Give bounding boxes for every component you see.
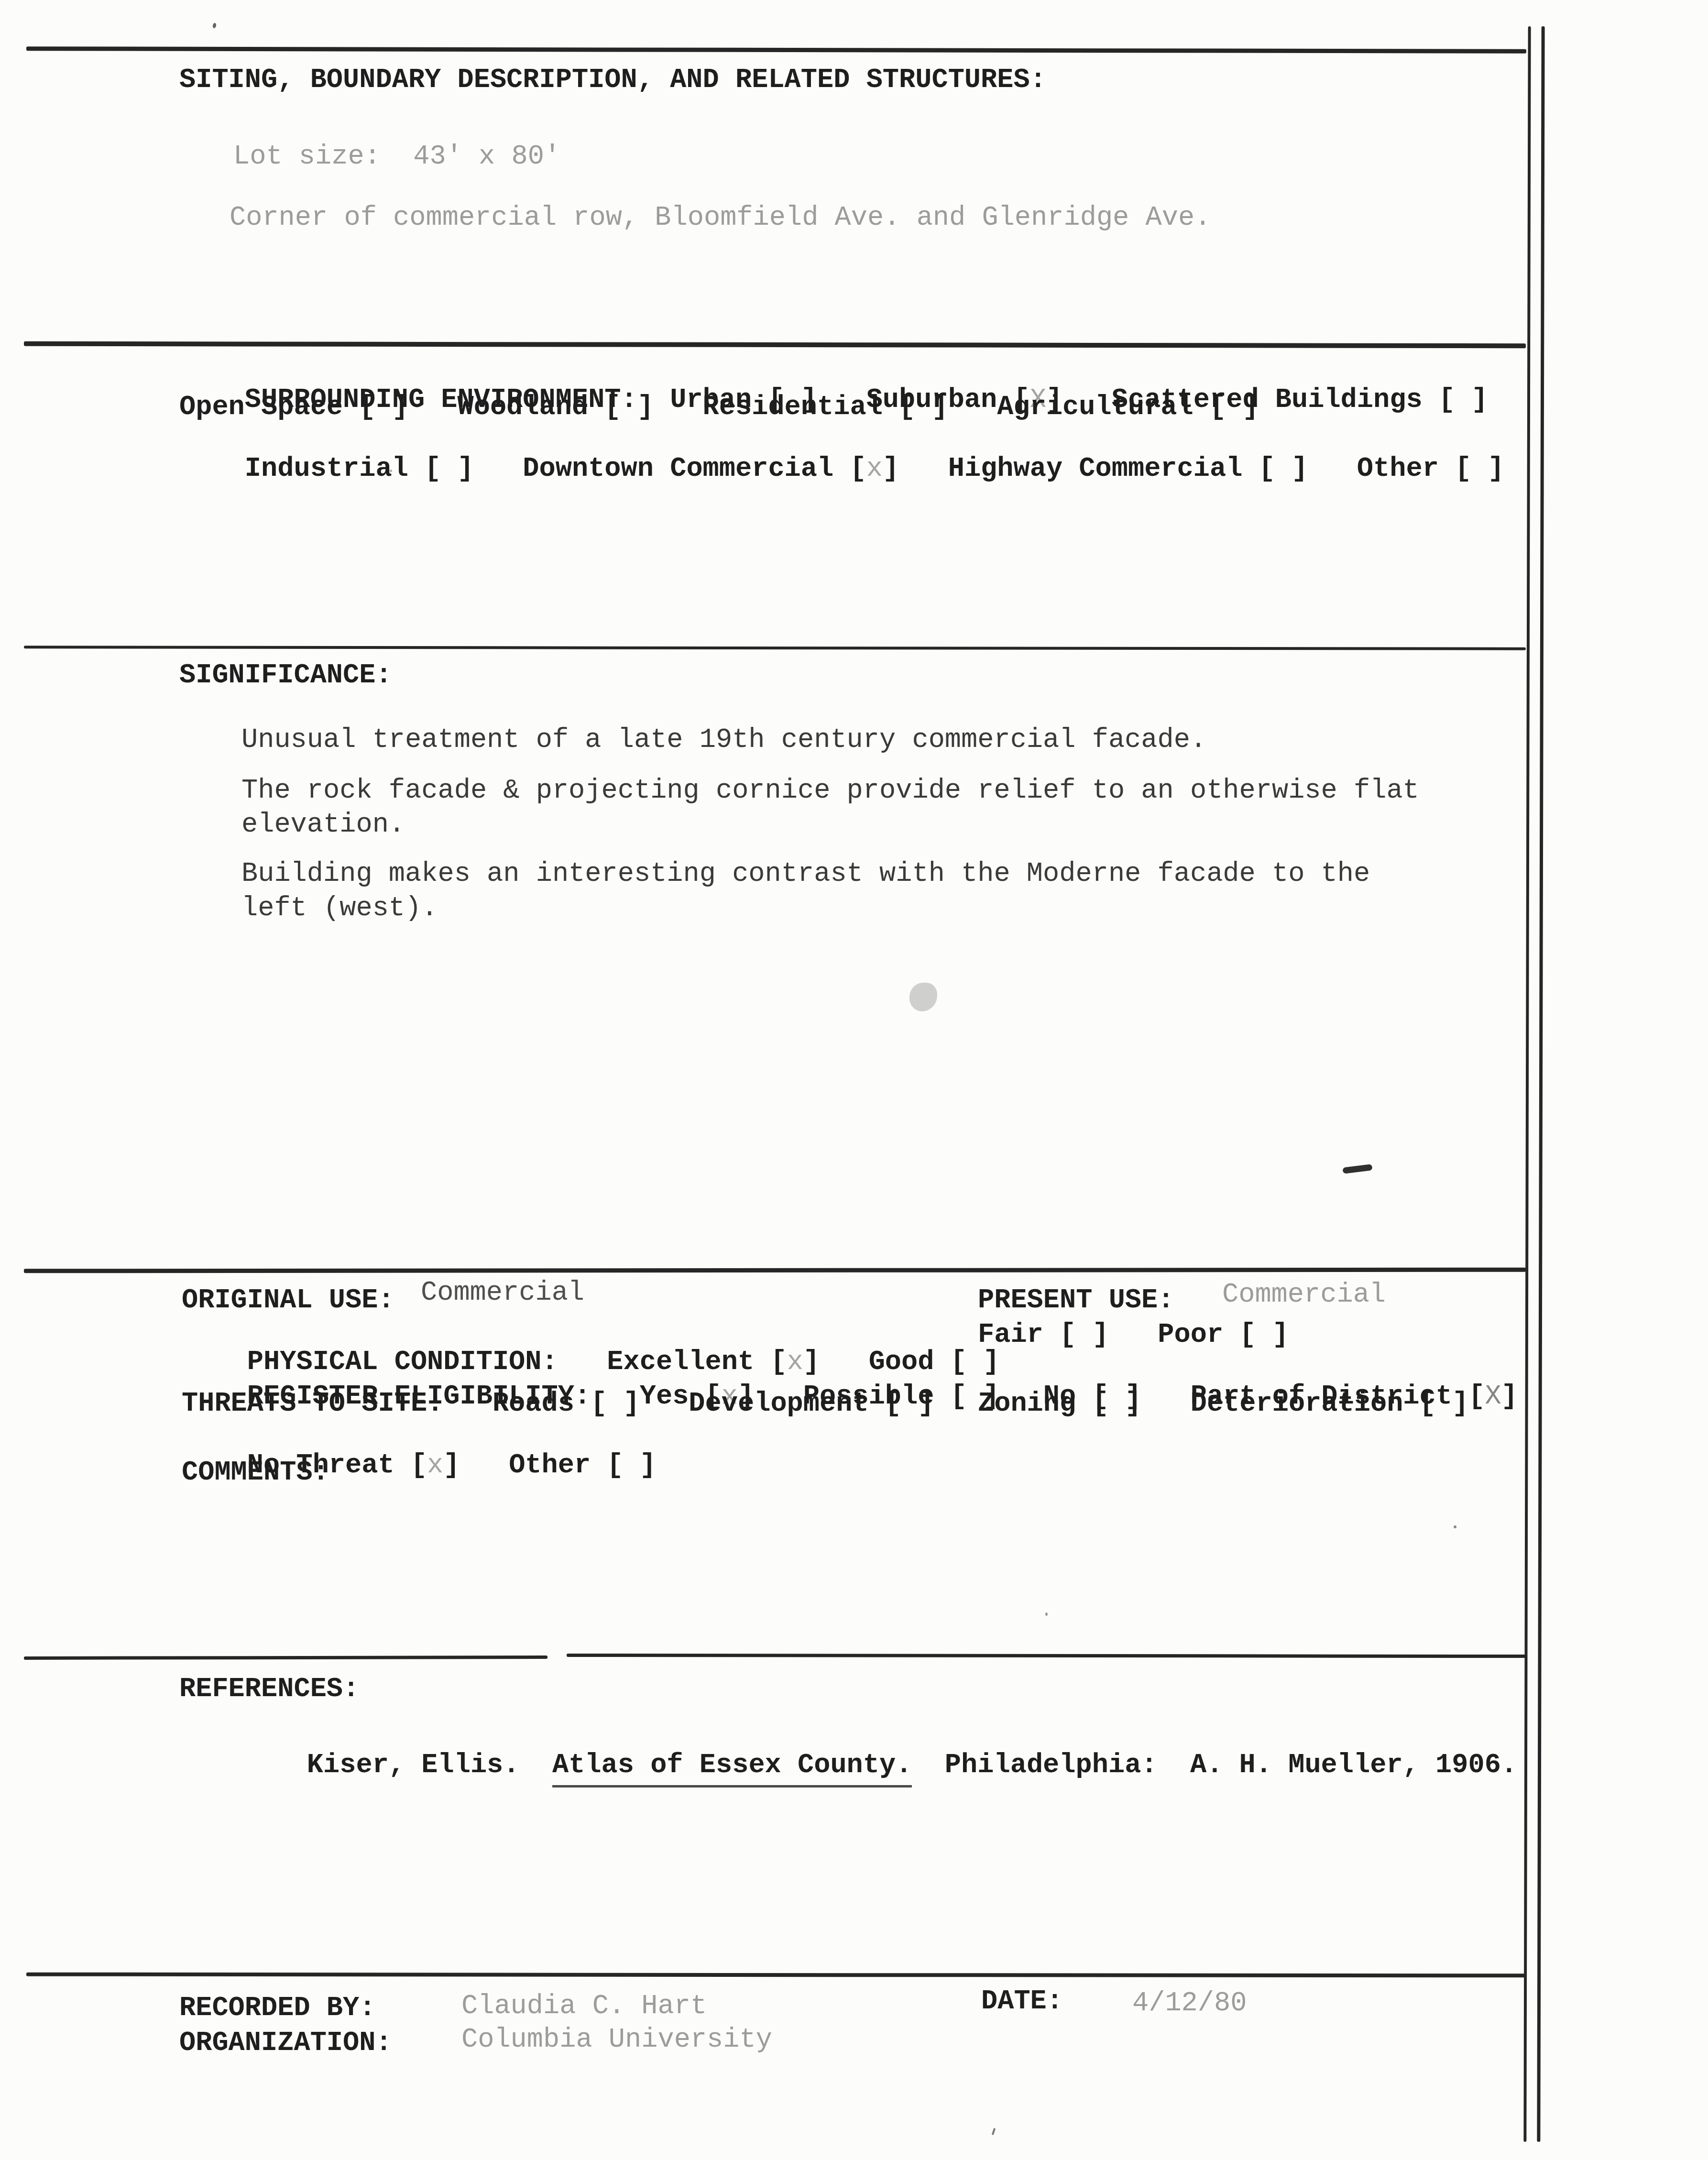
divider-references-left (24, 1656, 547, 1660)
ink-smudge (909, 983, 937, 1011)
divider-environment (24, 341, 1526, 348)
environment-line-3-labels-end: ] Highway Commercial [ ] Other [ ] (883, 454, 1504, 484)
divider-top (26, 46, 1526, 53)
divider-references-right (567, 1654, 1526, 1658)
divider-significance (24, 646, 1526, 650)
zoning-deterioration-line: Zoning [ ] Deterioration [ ] (978, 1391, 1468, 1418)
checkbox-no-threat-mark: x (427, 1450, 443, 1481)
date-value: 4/12/80 (1132, 1990, 1247, 2017)
ink-speck (1045, 1612, 1048, 1616)
divider-footer (26, 1973, 1526, 1978)
organization-label: ORGANIZATION: (179, 2030, 392, 2057)
present-use-label: PRESENT USE: (978, 1287, 1174, 1315)
ink-speck (1454, 1525, 1456, 1528)
recorded-by-label: RECORDED BY: (179, 1995, 375, 2022)
environment-line-3-labels: Industrial [ ] Downtown Commercial [ (245, 454, 866, 484)
threats-to-site-line: THREATS TO SITE: Roads [ ] Development [… (182, 1391, 934, 1418)
ink-speck (992, 2128, 996, 2136)
significance-paragraph-2-line-1: The rock facade & projecting cornice pro… (241, 778, 1419, 805)
ink-speck (390, 470, 392, 472)
organization-value: Columbia University (461, 2027, 772, 2054)
references-heading: REFERENCES: (179, 1676, 359, 1703)
scanned-survey-form-page: SITING, BOUNDARY DESCRIPTION, AND RELATE… (0, 0, 1708, 2160)
reference-title-underlined: Atlas of Essex County. (552, 1750, 912, 1787)
date-label: DATE: (981, 1988, 1063, 2016)
reference-citation: Kiser, Ellis. Atlas of Essex County. Phi… (241, 1725, 1517, 1807)
corner-description-value: Corner of commercial row, Bloomfield Ave… (230, 205, 1211, 232)
lot-size-value: Lot size: 43' x 80' (233, 143, 560, 171)
checkbox-downtown-commercial-mark: x (866, 454, 883, 484)
original-use-label: ORIGINAL USE: (182, 1287, 394, 1315)
no-threat-label-end: ] Other [ ] (443, 1450, 656, 1481)
significance-paragraph-3-line-1: Building makes an interesting contrast w… (241, 861, 1370, 888)
ink-dash (1342, 1164, 1372, 1173)
reference-publisher: Philadelphia: A. H. Mueller, 1906. (912, 1750, 1517, 1781)
significance-paragraph-2-line-2: elevation. (241, 811, 405, 839)
fair-poor-line: Fair [ ] Poor [ ] (978, 1322, 1289, 1349)
original-use-value: Commercial (421, 1280, 584, 1307)
present-use-value: Commercial (1222, 1282, 1386, 1309)
significance-paragraph-1: Unusual treatment of a late 19th century… (241, 727, 1206, 754)
siting-section-title: SITING, BOUNDARY DESCRIPTION, AND RELATE… (179, 67, 1046, 94)
environment-line-2: Open Space [ ] Woodland [ ] Residential … (179, 394, 1259, 421)
binding-line-outer (1537, 26, 1544, 2142)
ink-speck (212, 22, 217, 28)
recorded-by-value: Claudia C. Hart (461, 1993, 707, 2020)
significance-paragraph-3-line-2: left (west). (241, 895, 438, 922)
reference-author: Kiser, Ellis. (307, 1750, 552, 1781)
significance-heading: SIGNIFICANCE: (179, 662, 392, 690)
comments-label: COMMENTS: (182, 1459, 329, 1487)
no-part-of-district-label-end: ] (1501, 1382, 1518, 1412)
divider-use (24, 1268, 1526, 1273)
environment-line-3: Industrial [ ] Downtown Commercial [x] H… (179, 428, 1504, 510)
checkbox-part-of-district-mark: X (1485, 1382, 1501, 1412)
